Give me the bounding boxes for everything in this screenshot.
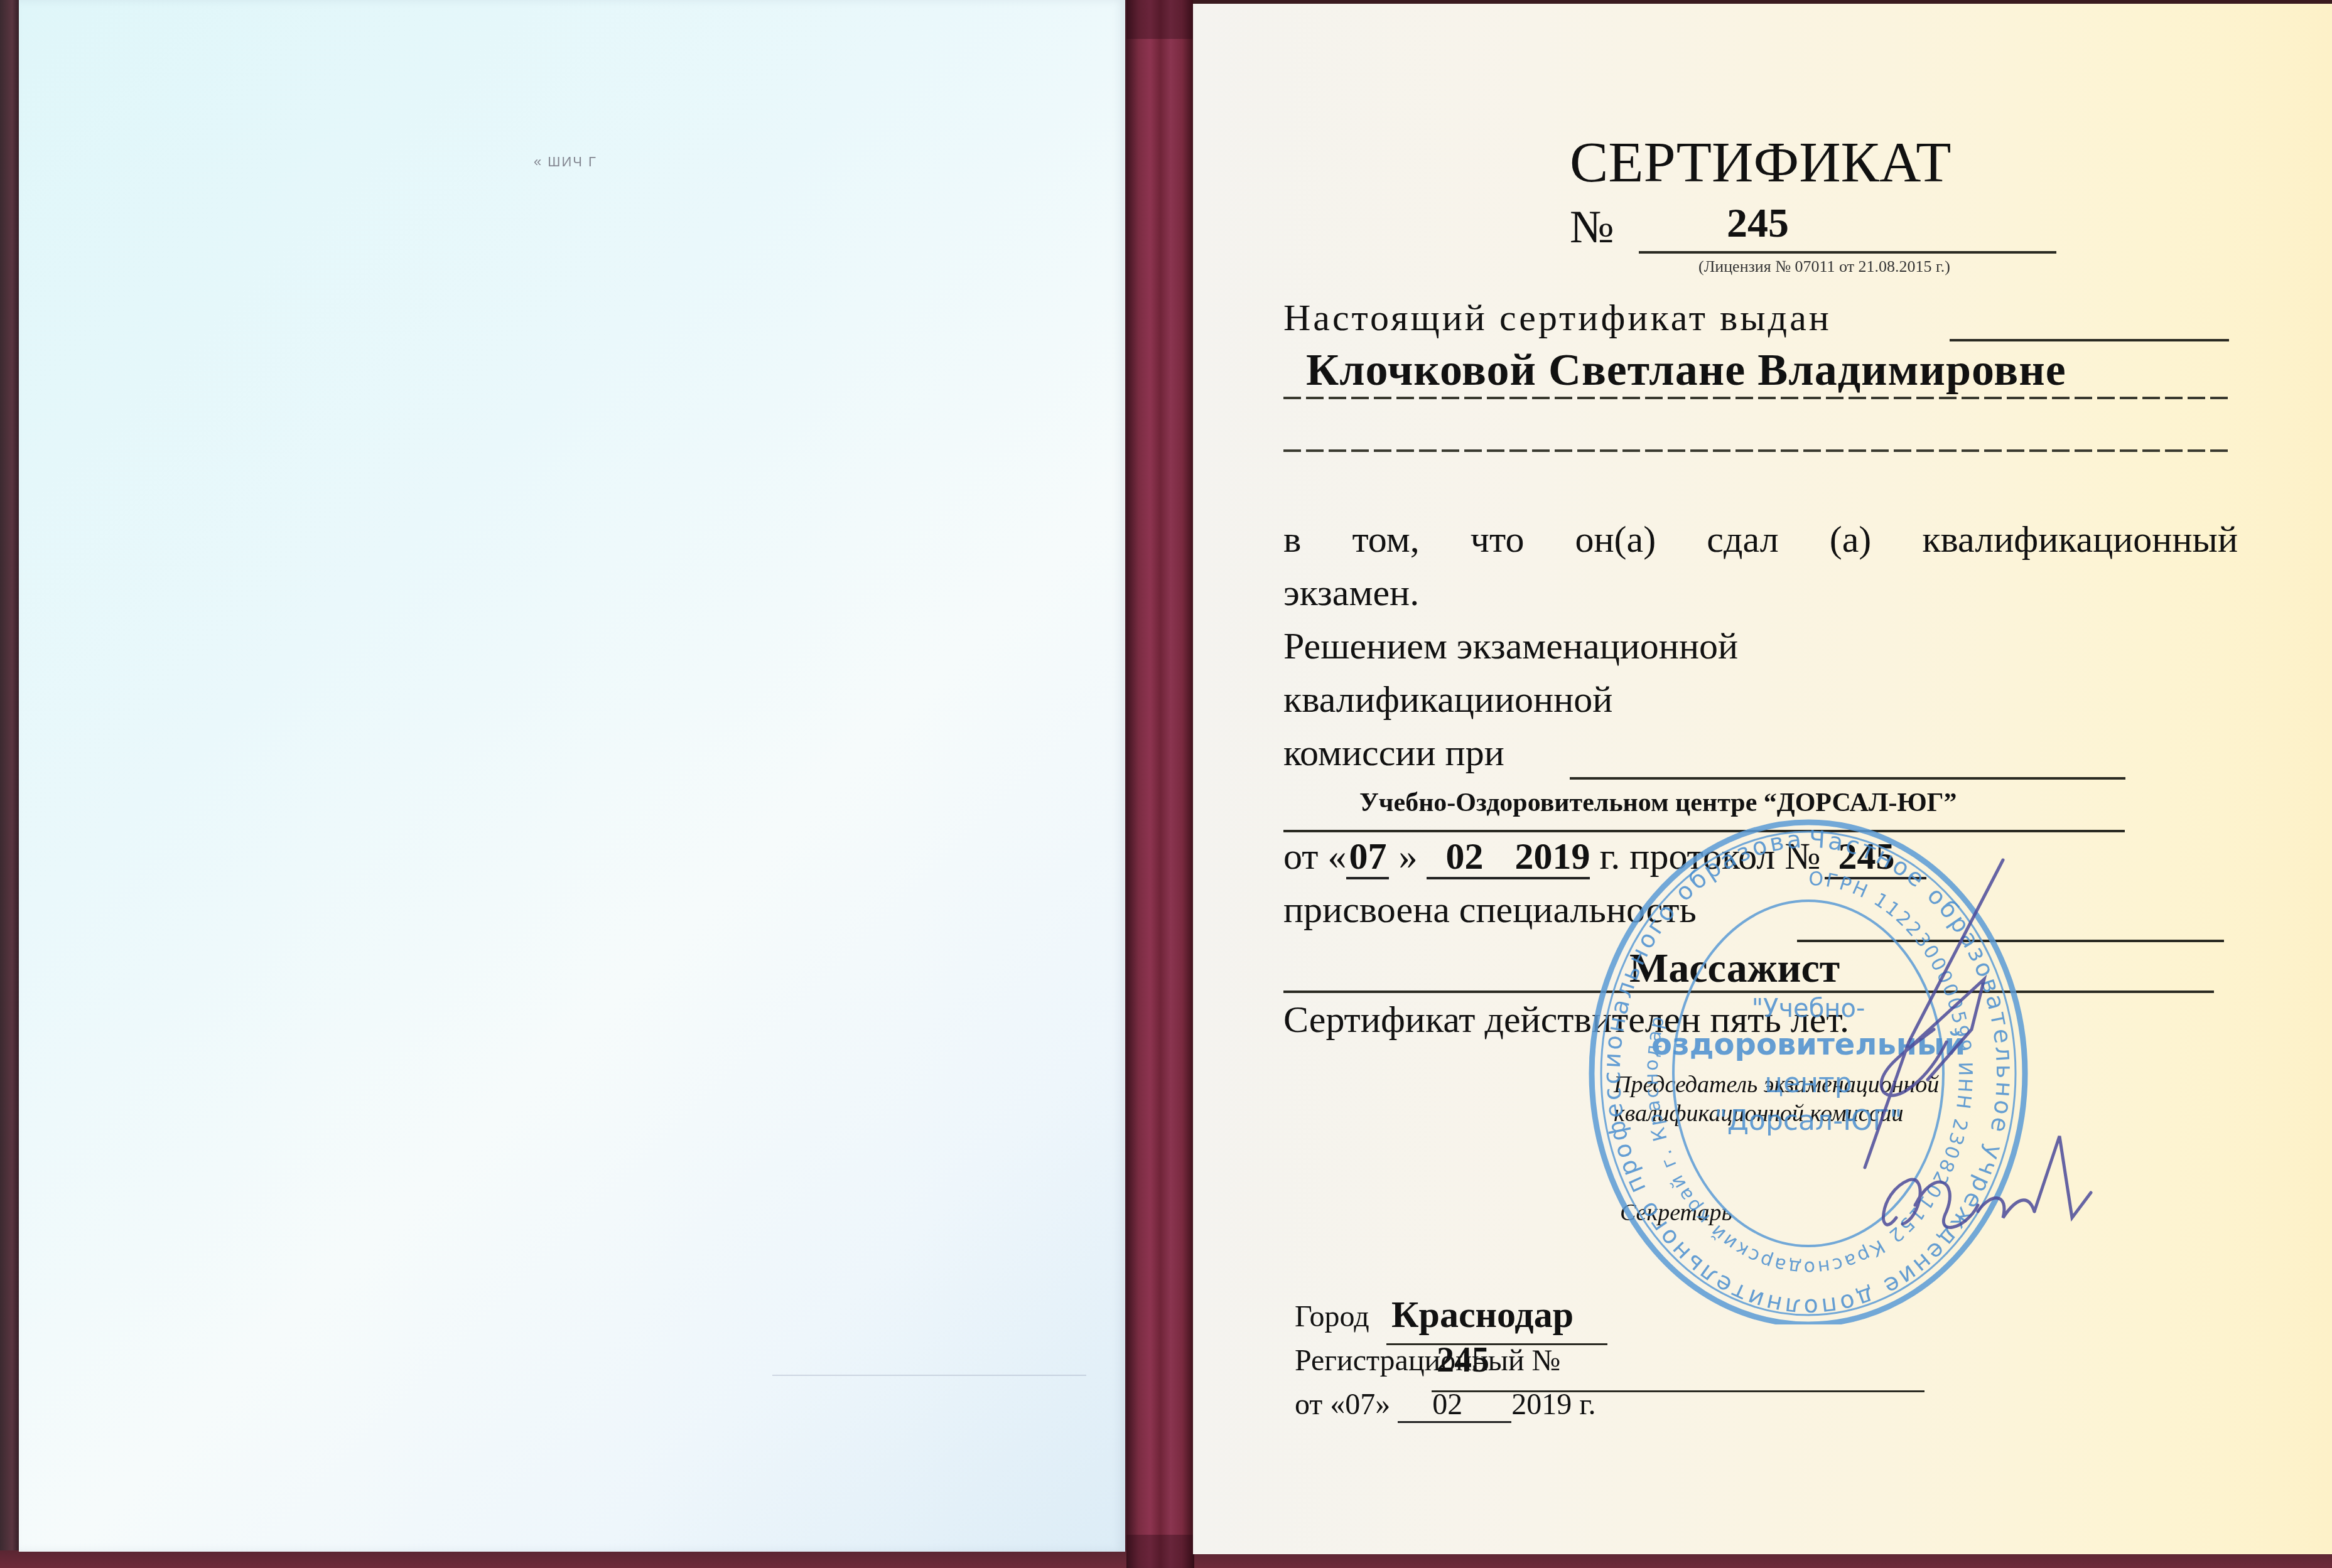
number-underline [1639, 251, 2056, 254]
certificate-title: СЕРТИФИКАТ [1570, 129, 1951, 195]
certificate-number: 245 [1727, 200, 1789, 247]
decision-line1: Решением экзаменационной [1283, 625, 1738, 668]
license-note: (Лицензия № 07011 от 21.08.2015 г.) [1698, 257, 1950, 276]
decision-line3: комиссии при [1283, 731, 1504, 775]
chairman-caption: Председатель экзаменационной квалификаци… [1614, 1070, 1939, 1128]
certificate-number-label: № [1570, 201, 1614, 254]
organization-name: Учебно-Оздоровительном центре “ДОРСАЛ-ЮГ… [1359, 788, 1957, 818]
registration-date: от «07» 022019 г. [1295, 1387, 1596, 1422]
registration-date-year: 2019 г. [1511, 1388, 1595, 1421]
protocol-prefix: от « [1283, 835, 1346, 877]
exam-statement-line2: экзамен. [1283, 571, 1419, 615]
left-page-mark: « ШИЧ Г [534, 154, 597, 170]
city-value: Краснодар [1391, 1293, 1574, 1336]
blank-underline [1283, 449, 2229, 452]
decision-line2: квалификациионной [1283, 678, 1612, 721]
city-label: Город [1295, 1299, 1369, 1334]
secretary-caption: Секретарь [1620, 1199, 1732, 1227]
protocol-month: 02 [1427, 835, 1502, 879]
issued-to-label: Настоящий сертификат выдан [1283, 296, 1832, 340]
protocol-day: 07 [1346, 835, 1389, 879]
cover-edge-left [0, 0, 20, 1568]
specialty-value: Массажист [1629, 945, 1840, 992]
binding-spine [1126, 0, 1194, 1568]
specialty-label: присвоена специальность [1283, 888, 1697, 932]
organization-underline [1283, 830, 2125, 832]
registration-date-day: от «07» [1295, 1388, 1390, 1421]
specialty-underline [1797, 940, 2224, 942]
left-page: « ШИЧ Г [19, 0, 1125, 1552]
spine-bottom-cap [1126, 1535, 1194, 1568]
issued-to-underline [1950, 339, 2229, 341]
protocol-label: г. протокол № [1590, 835, 1820, 877]
paper-crease [772, 1375, 1086, 1376]
registration-label: Регистрационный № [1295, 1343, 1560, 1378]
registration-date-month: 02 [1398, 1388, 1462, 1423]
exam-statement-line1: в том, что он(а) сдал (а) квалификационн… [1283, 518, 2238, 561]
chairman-line2: квалификационной комиссии [1614, 1099, 1939, 1128]
protocol-number: 245 [1825, 835, 1926, 879]
protocol-row: от «07 » 022019 г. протокол №245 [1283, 835, 1926, 878]
specialty-value-underline [1283, 991, 2214, 993]
registration-date-gap [1462, 1388, 1511, 1423]
registration-number: 245 [1437, 1340, 1489, 1380]
validity-statement: Сертификат действителен пять лет. [1283, 998, 1849, 1041]
spine-top-cap [1126, 0, 1194, 39]
protocol-sep: » [1389, 835, 1427, 877]
commission-underline [1570, 777, 2125, 780]
protocol-year: 2019 [1502, 835, 1590, 879]
name-underline [1283, 397, 2229, 399]
chairman-line1: Председатель экзаменационной [1614, 1070, 1939, 1099]
recipient-name: Клочковой Светлане Владимировне [1306, 344, 2066, 396]
